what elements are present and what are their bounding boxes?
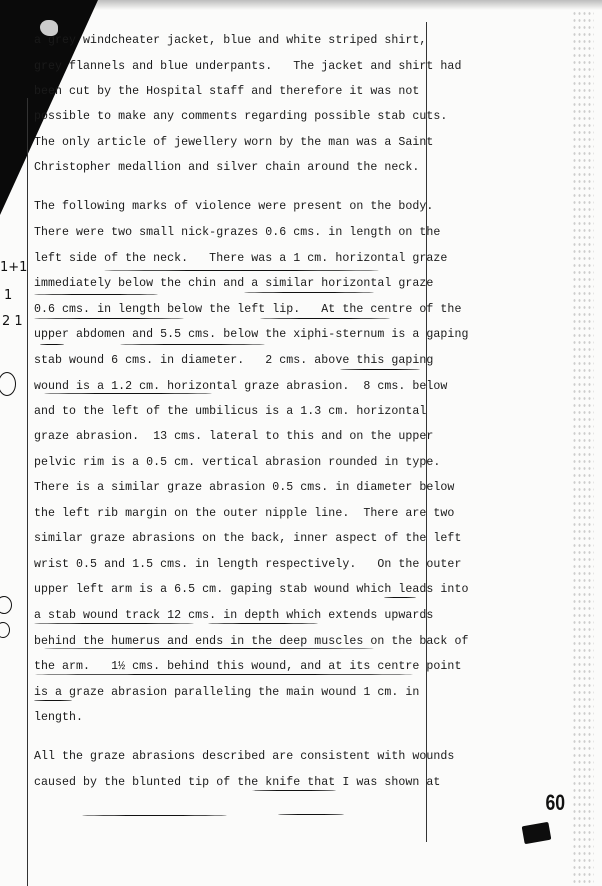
text-line: stab wound 6 cms. in diameter. 2 cms. ab… xyxy=(34,354,433,368)
scan-edge-speckle xyxy=(572,10,594,886)
text-line: 0.6 cms. in length below the left lip. A… xyxy=(34,303,461,317)
text-line: The only article of jewellery worn by th… xyxy=(34,136,433,150)
text-line: been cut by the Hospital staff and there… xyxy=(34,85,419,99)
circled-mark-icon xyxy=(0,622,10,638)
pen-underline xyxy=(120,344,265,345)
margin-annotation: 2 1 xyxy=(2,314,23,329)
pen-underline xyxy=(34,623,194,624)
scan-shadow xyxy=(90,0,602,10)
pen-underline xyxy=(252,790,336,791)
pen-underline xyxy=(260,318,390,319)
pen-underline xyxy=(34,700,72,701)
margin-annotation: 1 xyxy=(4,288,12,303)
text-line: wrist 0.5 and 1.5 cms. in length respect… xyxy=(34,558,461,572)
text-line: a grey windcheater jacket, blue and whit… xyxy=(34,34,426,48)
pen-underline xyxy=(208,623,318,624)
pen-underline xyxy=(44,648,374,649)
pen-underline xyxy=(44,393,212,394)
text-line: upper abdomen and 5.5 cms. below the xip… xyxy=(34,328,468,342)
pen-underline xyxy=(278,814,344,815)
text-line: The following marks of violence were pre… xyxy=(34,200,433,214)
text-line: grey flannels and blue underpants. The j… xyxy=(34,60,461,74)
text-line: pelvic rim is a 0.5 cm. vertical abrasio… xyxy=(34,456,440,470)
text-line: Christopher medallion and silver chain a… xyxy=(34,161,419,175)
ink-stamp xyxy=(522,822,552,844)
circled-number-icon xyxy=(0,372,16,396)
text-line: All the graze abrasions described are co… xyxy=(34,750,454,764)
text-line: There is a similar graze abrasion 0.5 cm… xyxy=(34,481,454,495)
text-line: upper left arm is a 6.5 cm. gaping stab … xyxy=(34,583,468,597)
pen-underline xyxy=(34,674,414,675)
margin-annotation: 1+1 xyxy=(0,260,27,275)
text-line: immediately below the chin and a similar… xyxy=(34,277,433,291)
text-line: is a graze abrasion paralleling the main… xyxy=(34,686,419,700)
text-line: and to the left of the umbilicus is a 1.… xyxy=(34,405,426,419)
text-line: the arm. 1½ cms. behind this wound, and … xyxy=(34,660,461,674)
text-line: wound is a 1.2 cm. horizontal graze abra… xyxy=(34,380,447,394)
pen-underline xyxy=(244,292,374,293)
text-line: possible to make any comments regarding … xyxy=(34,110,447,124)
pen-underline xyxy=(82,815,227,816)
document-page: a grey windcheater jacket, blue and whit… xyxy=(0,0,602,886)
circled-mark-icon xyxy=(0,596,12,614)
text-line: graze abrasion. 13 cms. lateral to this … xyxy=(34,430,433,444)
pen-underline xyxy=(104,270,379,271)
text-line: There were two small nick-grazes 0.6 cms… xyxy=(34,226,440,240)
pen-underline xyxy=(40,344,64,345)
text-line: a stab wound track 12 cms. in depth whic… xyxy=(34,609,433,623)
pen-underline xyxy=(34,294,158,295)
left-margin-rule xyxy=(27,98,28,886)
text-line: the left rib margin on the outer nipple … xyxy=(34,507,454,521)
text-line: length. xyxy=(34,711,83,725)
text-line: left side of the neck. There was a 1 cm.… xyxy=(34,252,447,266)
pen-underline xyxy=(34,318,184,319)
pen-underline xyxy=(384,597,416,598)
pen-underline xyxy=(340,369,420,370)
page-number: 60 xyxy=(545,790,565,816)
text-line: behind the humerus and ends in the deep … xyxy=(34,635,468,649)
text-line: caused by the blunted tip of the knife t… xyxy=(34,776,440,790)
text-line: similar graze abrasions on the back, inn… xyxy=(34,532,461,546)
